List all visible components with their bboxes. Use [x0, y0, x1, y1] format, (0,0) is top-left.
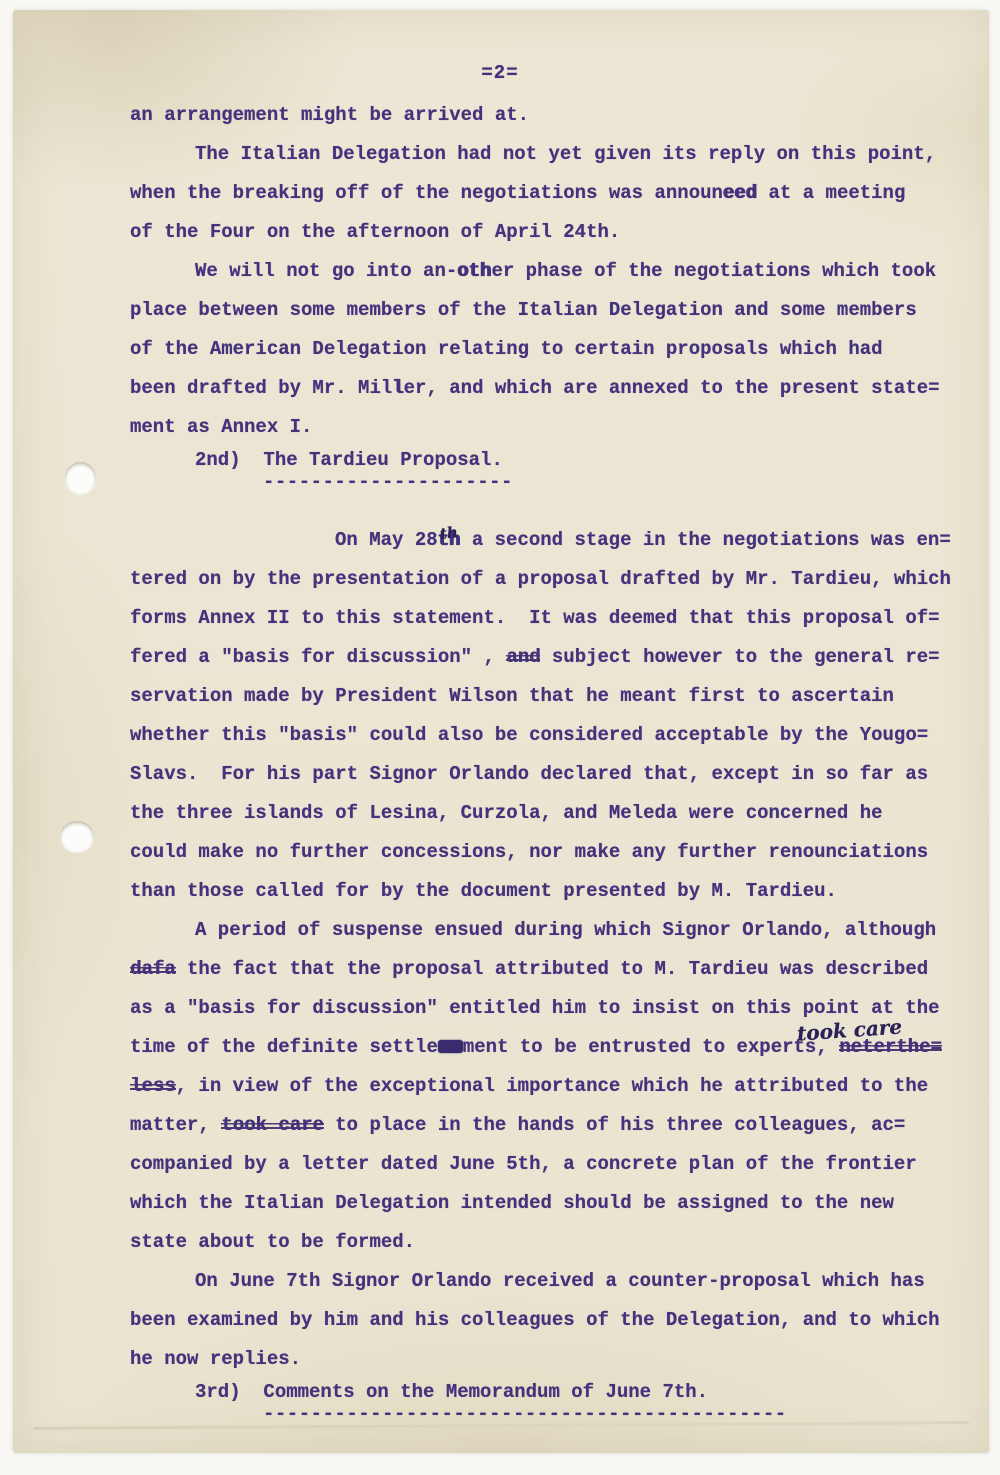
- section-heading: 2nd) The Tardieu Proposal.: [130, 447, 972, 473]
- typed-text: matter,: [130, 1114, 221, 1136]
- typed-text: he now replies.: [130, 1348, 301, 1370]
- struck-text: less: [130, 1075, 176, 1097]
- typed-line: the three islands of Lesina, Curzola, an…: [130, 794, 972, 833]
- typed-line: dafa the fact that the proposal attribut…: [130, 950, 972, 989]
- punch-hole: [65, 462, 96, 494]
- typed-line: place between some members of the Italia…: [130, 291, 972, 330]
- typed-text: forms Annex II to this statement. It was…: [130, 607, 940, 629]
- typed-line: an arrangement might be arrived at.: [130, 96, 972, 135]
- typed-line: of the American Delegation relating to c…: [130, 330, 972, 369]
- typed-text: to place in the hands of his three colle…: [324, 1114, 906, 1136]
- typed-text: when the breaking off of the negotiation…: [130, 182, 723, 204]
- typed-text: the three islands of Lesina, Curzola, an…: [130, 802, 883, 824]
- typed-text: er, and which are annexed to the present…: [404, 377, 940, 399]
- typed-text: Slavs. For his part Signor Orlando decla…: [130, 763, 928, 785]
- typed-text: tered on by the presentation of a propos…: [130, 568, 951, 590]
- typed-line: less, in view of the exceptional importa…: [130, 1067, 972, 1106]
- typed-line: On May 28thth a second stage in the nego…: [130, 521, 972, 560]
- typed-text: could make no further concessions, nor m…: [130, 841, 928, 863]
- heading-underline: ----------------------------------------…: [130, 1405, 972, 1453]
- typed-text: a second stage in the negotiations was e…: [460, 529, 950, 551]
- typed-text: which the Italian Delegation intended sh…: [130, 1192, 894, 1214]
- typed-text: oth: [457, 260, 491, 282]
- typed-text: than those called for by the document pr…: [130, 880, 837, 902]
- typed-line: A period of suspense ensued during which…: [130, 911, 972, 950]
- typed-text: On May 28: [335, 529, 438, 551]
- typed-text: of the American Delegation relating to c…: [130, 338, 883, 360]
- typed-line: could make no further concessions, nor m…: [130, 833, 972, 872]
- typed-text: companied by a letter dated June 5th, a …: [130, 1153, 917, 1175]
- typed-line: state about to be formed.: [130, 1223, 972, 1262]
- typed-line: been drafted by Mr. Miller, and which ar…: [130, 369, 972, 408]
- typed-text: whether this "basis" could also be consi…: [130, 724, 928, 746]
- typed-line: On June 7th Signor Orlando received a co…: [130, 1262, 972, 1301]
- typed-text: er phase of the negotiations which took: [491, 260, 936, 282]
- typed-line: he now replies.: [130, 1340, 972, 1379]
- typed-text: of the Four on the afternoon of April 24…: [130, 221, 620, 243]
- handwritten-annotation: th: [438, 513, 460, 554]
- handwritten-annotation: took care: [796, 1007, 904, 1053]
- typed-line: companied by a letter dated June 5th, a …: [130, 1145, 972, 1184]
- typed-text: an arrangement might be arrived at.: [130, 104, 529, 126]
- typed-text: state about to be formed.: [130, 1231, 415, 1253]
- typed-text: thth: [438, 529, 461, 551]
- typed-text: On June 7th Signor Orlando received a co…: [195, 1270, 925, 1292]
- section-heading: 3rd) Comments on the Memorandum of June …: [130, 1379, 972, 1405]
- typed-line: tered on by the presentation of a propos…: [130, 560, 972, 599]
- typed-text: time of the definite settle: [130, 1036, 438, 1058]
- typed-text: ment to be entrusted to experts,: [463, 1036, 839, 1058]
- typed-text: been examined by him and his colleagues …: [130, 1309, 940, 1331]
- typed-text: We will not go into an-: [195, 260, 457, 282]
- typed-line: We will not go into an-other phase of th…: [130, 252, 972, 291]
- typed-lines: an arrangement might be arrived at.The I…: [130, 96, 972, 1453]
- typed-text: 2nd) The Tardieu Proposal.: [195, 449, 503, 471]
- typed-line: Slavs. For his part Signor Orlando decla…: [130, 755, 972, 794]
- typed-line: ment as Annex I.: [130, 408, 972, 447]
- page-number: =2=: [0, 62, 1000, 84]
- typed-line: been examined by him and his colleagues …: [130, 1301, 972, 1340]
- typed-line: of the Four on the afternoon of April 24…: [130, 213, 972, 252]
- typed-text: fered a "basis for discussion" ,: [130, 646, 506, 668]
- typed-text: l: [392, 377, 403, 399]
- heading-underline: ---------------------: [130, 473, 972, 521]
- struck-text: dafa: [130, 958, 176, 980]
- typed-text: place between some members of the Italia…: [130, 299, 917, 321]
- typed-text: servation made by President Wilson that …: [130, 685, 894, 707]
- punch-hole: [60, 821, 94, 852]
- typed-text: ----------------------------------------…: [263, 1403, 787, 1425]
- typed-text: the fact that the proposal attributed to…: [176, 958, 929, 980]
- typed-text: A period of suspense ensued during which…: [195, 919, 936, 941]
- typed-line: The Italian Delegation had not yet given…: [130, 135, 972, 174]
- typed-text: been drafted by Mr. Mil: [130, 377, 392, 399]
- typed-line: whether this "basis" could also be consi…: [130, 716, 972, 755]
- typed-text: 3rd) Comments on the Memorandum of June …: [195, 1381, 708, 1403]
- typed-text: eed: [723, 182, 757, 204]
- typed-line: servation made by President Wilson that …: [130, 677, 972, 716]
- struck-text: took care: [221, 1114, 324, 1136]
- typed-text: ---------------------: [263, 471, 513, 493]
- ink-smudge: [438, 1040, 463, 1053]
- typed-text: at a meeting: [757, 182, 905, 204]
- typed-line: when the breaking off of the negotiation…: [130, 174, 972, 213]
- typed-line: which the Italian Delegation intended sh…: [130, 1184, 972, 1223]
- typed-text: ment as Annex I.: [130, 416, 312, 438]
- typed-line: forms Annex II to this statement. It was…: [130, 599, 972, 638]
- typed-text: The Italian Delegation had not yet given…: [195, 143, 936, 165]
- struck-text: neterthe=took care: [839, 1036, 942, 1058]
- typed-line: fered a "basis for discussion" , and sub…: [130, 638, 972, 677]
- typed-text: subject however to the general re=: [540, 646, 939, 668]
- typed-line: time of the definite settlement to be en…: [130, 1028, 972, 1067]
- typed-line: matter, took care to place in the hands …: [130, 1106, 972, 1145]
- typed-line: than those called for by the document pr…: [130, 872, 972, 911]
- struck-text: and: [506, 646, 540, 668]
- typed-text: , in view of the exceptional importance …: [176, 1075, 929, 1097]
